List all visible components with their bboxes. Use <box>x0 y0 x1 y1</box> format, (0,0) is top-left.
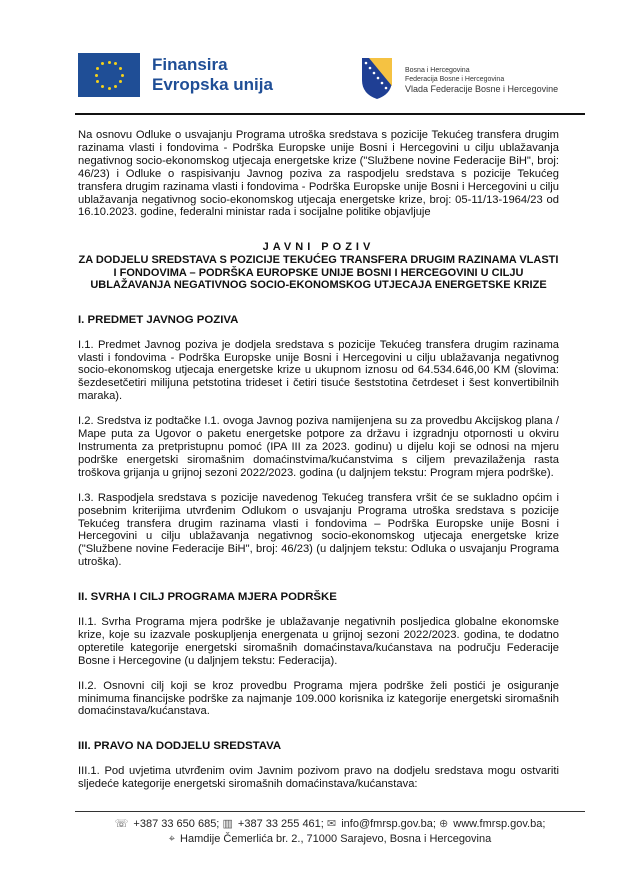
title-main: JAVNI POZIV <box>78 241 559 254</box>
section-heading: III. PRAVO NA DODJELU SREDSTAVA <box>78 740 559 753</box>
title-subtitle: ZA DODJELU SREDSTAVA S POZICIJE TEKUĆEG … <box>78 254 559 292</box>
footer-fax: +387 33 255 461; <box>238 818 324 830</box>
eu-star-icon <box>96 67 99 70</box>
eu-star-icon <box>101 85 104 88</box>
document-title: JAVNI POZIV ZA DODJELU SREDSTAVA S POZIC… <box>78 241 559 291</box>
eu-star-icon <box>114 62 117 65</box>
paragraph: II.2. Osnovni cilj koji se kroz provedbu… <box>78 680 559 719</box>
footer-divider <box>75 811 585 812</box>
section-heading: II. SVRHA I CILJ PROGRAMA MJERA PODRŠKE <box>78 591 559 604</box>
eu-label-line2: Evropska unija <box>152 75 273 95</box>
eu-label-line1: Finansira <box>152 55 273 75</box>
eu-star-icon <box>108 61 111 64</box>
footer-address-line: ⌖ Hamdije Čemerlića br. 2., 71000 Saraje… <box>75 832 585 847</box>
eu-funding-label: Finansira Evropska unija <box>152 55 273 95</box>
document-footer: ☏ +387 33 650 685; ▥ +387 33 255 461; ✉ … <box>75 817 585 847</box>
paragraph: I.3. Raspodjela sredstava s pozicije nav… <box>78 492 559 569</box>
eu-star-icon <box>101 62 104 65</box>
section-2: II. SVRHA I CILJ PROGRAMA MJERA PODRŠKE … <box>78 591 559 718</box>
gov-label-line2: Federacija Bosne i Hercegovina <box>405 75 558 84</box>
section-heading: I. PREDMET JAVNOG POZIVA <box>78 314 559 327</box>
globe-icon: ⊕ <box>439 817 448 832</box>
phone-icon: ☏ <box>115 817 129 832</box>
eu-flag-icon <box>78 53 140 97</box>
paragraph: I.2. Sredstva iz podtačke I.1. ovoga Jav… <box>78 415 559 480</box>
bih-coat-of-arms-icon <box>360 56 394 100</box>
section-3: III. PRAVO NA DODJELU SREDSTAVA III.1. P… <box>78 740 559 791</box>
section-1: I. PREDMET JAVNOG POZIVA I.1. Predmet Ja… <box>78 314 559 569</box>
paragraph: II.1. Svrha Programa mjera podrške je ub… <box>78 616 559 668</box>
eu-star-icon <box>121 74 124 77</box>
gov-label-line3: Vlada Federacije Bosne i Hercegovine <box>405 84 558 95</box>
eu-star-icon <box>108 87 111 90</box>
email-icon: ✉ <box>327 817 336 832</box>
fax-icon: ▥ <box>222 817 232 832</box>
paragraph: I.1. Predmet Javnog poziva je dodjela sr… <box>78 339 559 404</box>
footer-email[interactable]: info@fmrsp.gov.ba; <box>341 818 436 830</box>
government-label: Bosna i Hercegovina Federacija Bosne i H… <box>405 66 558 95</box>
eu-star-icon <box>95 74 98 77</box>
location-pin-icon: ⌖ <box>169 832 175 847</box>
eu-star-icon <box>114 85 117 88</box>
header-divider <box>75 113 585 115</box>
eu-star-icon <box>119 67 122 70</box>
document-header: Finansira Evropska unija Bosna i Hercego… <box>75 50 585 110</box>
footer-address: Hamdije Čemerlića br. 2., 71000 Sarajevo… <box>180 833 491 845</box>
footer-contacts: ☏ +387 33 650 685; ▥ +387 33 255 461; ✉ … <box>75 817 585 832</box>
paragraph: III.1. Pod uvjetima utvrđenim ovim Javni… <box>78 765 559 791</box>
footer-phone: +387 33 650 685; <box>133 818 219 830</box>
eu-star-icon <box>96 80 99 83</box>
eu-star-icon <box>119 80 122 83</box>
document-body: Na osnovu Odluke o usvajanju Programa ut… <box>78 129 559 803</box>
gov-label-line1: Bosna i Hercegovina <box>405 66 558 75</box>
intro-paragraph: Na osnovu Odluke o usvajanju Programa ut… <box>78 129 559 219</box>
footer-website[interactable]: www.fmrsp.gov.ba; <box>453 818 545 830</box>
